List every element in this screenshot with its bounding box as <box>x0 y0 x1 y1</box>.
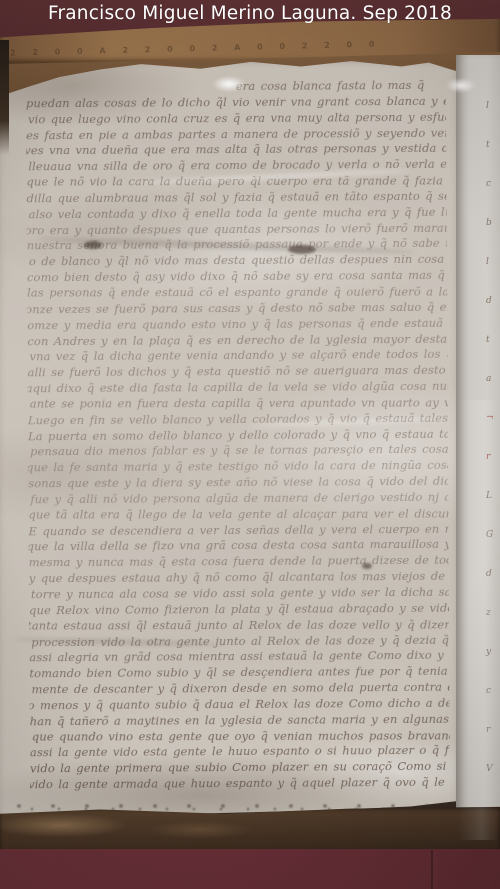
manuscript-line: han q̃ tañerõ a maytines en la yglesia d… <box>30 711 450 729</box>
manuscript-line: que quando vino esta gente que oyo q̃ ve… <box>32 728 450 745</box>
manuscript-line: vido la gente armada que huuo espanto y … <box>28 775 450 793</box>
photographer-caption: Francisco Miguel Merino Laguna. Sep 2018 <box>0 1 500 27</box>
margin-glyphs: ltcbldta¬rLGdzycrV <box>486 87 498 789</box>
margin-glyph: r <box>486 438 498 477</box>
manuscript-line: ante se ponia en fuera desta capilla q̃ … <box>30 395 448 412</box>
manuscript-line: fue y q̃ alli nõ vido persona algũa de m… <box>30 490 448 508</box>
parchment-page: era cosa blanca fasta lo mas q̃puedan al… <box>0 55 456 818</box>
manuscript-line: como bien desto q̃ asy vido dixo q̃ nõ s… <box>27 268 447 286</box>
margin-glyph: t <box>486 321 498 360</box>
left-frame-edge <box>0 40 9 155</box>
margin-glyph: r <box>486 711 498 750</box>
manuscript-line: que Relox vino Como fizieron la plata y … <box>29 601 449 619</box>
margin-glyph: l <box>486 87 498 126</box>
manuscript-line: las personas q̃ ende estauã cõ el espant… <box>27 284 447 301</box>
stamp-marks: 2 2 0 0 A 2 2 0 0 2 A 0 0 2 2 0 0 A <box>10 39 385 57</box>
margin-glyph: b <box>486 204 498 243</box>
margin-glyph: l <box>486 243 498 282</box>
margin-glyph: c <box>486 165 498 204</box>
page-edge-strip: ltcbldta¬rLGdzycrV <box>456 55 500 815</box>
margin-glyph: t <box>486 126 498 165</box>
ink-smudge <box>84 241 102 249</box>
margin-glyph: a <box>486 360 498 399</box>
ink-smudge <box>288 245 316 254</box>
margin-glyph: d <box>486 555 498 594</box>
manuscript-line: tanta estaua assi q̃l estauã junto al Re… <box>27 617 449 634</box>
margin-glyph: ¬ <box>486 399 498 438</box>
margin-glyph: V <box>486 750 498 789</box>
mat-board-bottom <box>0 848 500 889</box>
glass-reflection-line <box>431 850 433 889</box>
margin-glyph: d <box>486 282 498 321</box>
margin-glyph: y <box>486 633 498 672</box>
margin-glyph: G <box>486 516 498 555</box>
margin-glyph: z <box>486 594 498 633</box>
photo-of-framed-manuscript: Francisco Miguel Merino Laguna. Sep 2018… <box>0 0 500 889</box>
manuscript-line: aqui dixo q̃ este dia fasta la capilla d… <box>26 379 448 397</box>
margin-glyph: c <box>486 672 498 711</box>
manuscript-text: era cosa blanca fasta lo mas q̃puedan al… <box>26 78 450 810</box>
margin-glyph: L <box>486 477 498 516</box>
manuscript-line: que tã alta era q̃ llego de la vela gent… <box>28 506 448 523</box>
ink-smudge <box>362 563 372 569</box>
